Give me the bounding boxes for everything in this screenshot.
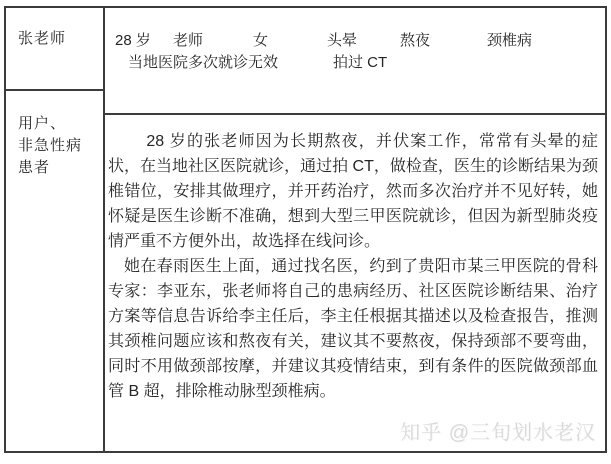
tag-gender: 女 bbox=[253, 29, 268, 50]
case-description-cell: 28 岁的张老师因为长期熬夜，并伏案工作，常常有头晕的症状，在当地社区医院就诊，… bbox=[105, 115, 605, 451]
tag-disease: 颈椎病 bbox=[487, 29, 532, 50]
patient-name-cell: 张老师 bbox=[6, 8, 103, 89]
patient-summary-cell: 28 岁 老师 女 头晕 熬夜 颈椎病 当地医院多次就诊无效 拍过 CT bbox=[105, 8, 605, 113]
page: 张老师 28 岁 老师 女 头晕 熬夜 颈椎病 当地医院多次就诊无效 拍过 CT… bbox=[0, 0, 611, 464]
patient-case-table: 张老师 28 岁 老师 女 头晕 熬夜 颈椎病 当地医院多次就诊无效 拍过 CT… bbox=[4, 6, 607, 453]
user-type-line-2: 非急性病 bbox=[18, 135, 103, 157]
case-paragraph-2: 她在春雨医生上面，通过找名医，约到了贵阳市某三甲医院的骨科专家：李亚东，张老师将… bbox=[108, 254, 598, 404]
patient-name: 张老师 bbox=[18, 30, 66, 47]
zhihu-watermark: 知乎 @三旬划水老汉 bbox=[400, 416, 596, 445]
tag-ct-scan: 拍过 CT bbox=[333, 51, 387, 72]
tag-symptom: 头晕 bbox=[327, 29, 357, 50]
tag-occupation: 老师 bbox=[173, 29, 203, 50]
tag-habit: 熬夜 bbox=[400, 29, 430, 50]
case-paragraph-1: 28 岁的张老师因为长期熬夜，并伏案工作，常常有头晕的症状，在当地社区医院就诊，… bbox=[108, 129, 598, 254]
user-type-line-3: 患者 bbox=[18, 157, 103, 179]
user-type-cell: 用户、 非急性病 患者 bbox=[6, 91, 103, 451]
tag-medical-history: 当地医院多次就诊无效 bbox=[128, 51, 278, 72]
user-type-line-1: 用户、 bbox=[18, 113, 103, 135]
tag-age: 28 岁 bbox=[115, 29, 151, 50]
